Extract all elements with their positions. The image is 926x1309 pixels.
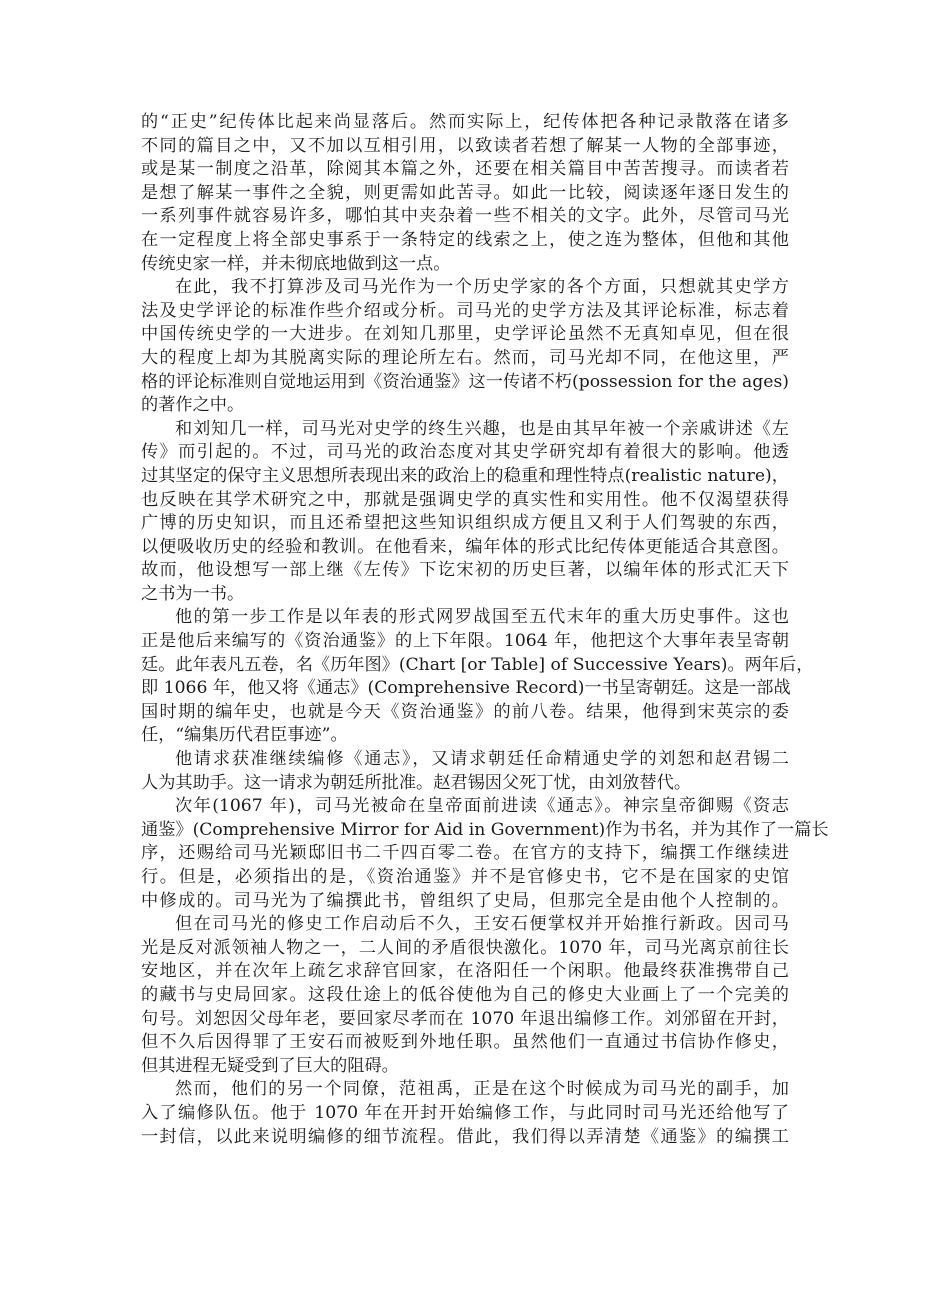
text-line: 但在司马光的修史工作启动后不久，王安石便掌权并开始推行新政。因司马: [141, 913, 789, 937]
text-line: 和刘知几一样，司马光对史学的终生兴趣，也是由其早年被一个亲戚讲述《左: [141, 418, 789, 442]
text-line: 一系列事件就容易许多，哪怕其中夹杂着一些不相关的文字。此外，尽管司马光: [141, 205, 789, 229]
text-line: 然而，他们的另一个同僚，范祖禹，正是在这个时候成为司马光的副手，加: [141, 1078, 789, 1102]
text-line: 一封信，以此来说明编修的细节流程。借此，我们得以弄清楚《通鉴》的编撰工: [141, 1126, 789, 1150]
text-line: 的著作之中。: [141, 394, 789, 418]
text-line: 的藏书与史局回家。这段仕途上的低谷使他为自己的修史大业画上了一个完美的: [141, 984, 789, 1008]
text-line: 法及史学评论的标准作些介绍或分析。司马光的史学方法及其评论标准，标志着: [141, 300, 789, 324]
text-line: 故而，他设想写一部上继《左传》下讫宋初的历史巨著，以编年体的形式汇天下: [141, 559, 789, 583]
paragraph-4: 他的第一步工作是以年表的形式网罗战国至五代末年的重大历史事件。这也 正是他后来编…: [141, 606, 789, 748]
text-line: 的“正史”纪传体比起来尚显落后。然而实际上，纪传体把各种记录散落在诸多: [141, 111, 789, 135]
text-line: 光是反对派领袖人物之一，二人间的矛盾很快激化。1070 年，司马光离京前往长: [141, 937, 789, 961]
paragraph-6: 次年(1067 年)，司马光被命在皇帝面前进读《通志》。神宗皇帝御赐《资志 通鉴…: [141, 795, 789, 913]
text-line: 但不久后因得罪了王安石而被贬到外地任职。虽然他们一直通过书信协作修史，: [141, 1031, 789, 1055]
text-line: 任，“编集历代君臣事迹”。: [141, 724, 789, 748]
text-line: 他的第一步工作是以年表的形式网罗战国至五代末年的重大历史事件。这也: [141, 606, 789, 630]
text-line: 之书为一书。: [141, 583, 789, 607]
document-page: 的“正史”纪传体比起来尚显落后。然而实际上，纪传体把各种记录散落在诸多 不同的篇…: [141, 111, 789, 1149]
text-line: 大的程度上却为其脱离实际的理论所左右。然而，司马光却不同，在他这里，严: [141, 347, 789, 371]
text-line: 格的评论标准则自觉地运用到《资治通鉴》这一传诸不朽(possession for…: [141, 371, 789, 395]
paragraph-1: 的“正史”纪传体比起来尚显落后。然而实际上，纪传体把各种记录散落在诸多 不同的篇…: [141, 111, 789, 276]
text-line: 序，还赐给司马光颖邸旧书二千四百零二卷。在官方的支持下，编撰工作继续进: [141, 842, 789, 866]
text-line: 入了编修队伍。他于 1070 年在开封开始编修工作，与此同时司马光还给他写了: [141, 1102, 789, 1126]
paragraph-8: 然而，他们的另一个同僚，范祖禹，正是在这个时候成为司马光的副手，加 入了编修队伍…: [141, 1078, 789, 1149]
text-line: 以便吸收历史的经验和教训。在他看来，编年体的形式比纪传体更能适合其意图。: [141, 536, 789, 560]
text-line: 不同的篇目之中，又不加以互相引用，以致读者若想了解某一人物的全部事迹，: [141, 135, 789, 159]
paragraph-3: 和刘知几一样，司马光对史学的终生兴趣，也是由其早年被一个亲戚讲述《左 传》而引起…: [141, 418, 789, 607]
text-line: 但其进程无疑受到了巨大的阻碍。: [141, 1055, 789, 1079]
paragraph-7: 但在司马光的修史工作启动后不久，王安石便掌权并开始推行新政。因司马 光是反对派领…: [141, 913, 789, 1078]
text-line: 或是某一制度之沿革，除阅其本篇之外，还要在相关篇目中苦苦搜寻。而读者若: [141, 158, 789, 182]
text-line: 行。但是，必须指出的是，《资治通鉴》并不是官修史书，它不是在国家的史馆: [141, 866, 789, 890]
text-line: 廷。此年表凡五卷，名《历年图》(Chart [or Table] of Succ…: [141, 654, 789, 678]
text-line: 传》而引起的。不过，司马光的政治态度对其史学研究却有着很大的影响。他透: [141, 441, 789, 465]
paragraph-5: 他请求获准继续编修《通志》，又请求朝廷任命精通史学的刘恕和赵君锡二 人为其助手。…: [141, 748, 789, 795]
text-line: 在一定程度上将全部史事系于一条特定的线索之上，使之连为整体，但他和其他: [141, 229, 789, 253]
text-line: 通鉴》(Comprehensive Mirror for Aid in Gove…: [141, 819, 789, 843]
text-line: 传统史家一样，并未彻底地做到这一点。: [141, 253, 789, 277]
text-line: 国时期的编年史，也就是今天《资治通鉴》的前八卷。结果，他得到宋英宗的委: [141, 701, 789, 725]
text-line: 是想了解某一事件之全貌，则更需如此苦寻。如此一比较，阅读逐年逐日发生的: [141, 182, 789, 206]
text-line: 过其坚定的保守主义思想所表现出来的政治上的稳重和理性特点(realistic n…: [141, 465, 789, 489]
text-line: 人为其助手。这一请求为朝廷所批准。赵君锡因父死丁忧，由刘攽替代。: [141, 772, 789, 796]
text-line: 也反映在其学术研究之中，那就是强调史学的真实性和实用性。他不仅渴望获得: [141, 489, 789, 513]
text-line: 在此，我不打算涉及司马光作为一个历史学家的各个方面，只想就其史学方: [141, 276, 789, 300]
text-line: 中国传统史学的一大进步。在刘知几那里，史学评论虽然不无真知卓见，但在很: [141, 323, 789, 347]
text-line: 次年(1067 年)，司马光被命在皇帝面前进读《通志》。神宗皇帝御赐《资志: [141, 795, 789, 819]
text-line: 中修成的。司马光为了编撰此书，曾组织了史局，但那完全是由他个人控制的。: [141, 890, 789, 914]
text-line: 广博的历史知识，而且还希望把这些知识组织成方便且又利于人们驾驶的东西，: [141, 512, 789, 536]
text-line: 正是他后来编写的《资治通鉴》的上下年限。1064 年，他把这个大事年表呈寄朝: [141, 630, 789, 654]
paragraph-2: 在此，我不打算涉及司马光作为一个历史学家的各个方面，只想就其史学方 法及史学评论…: [141, 276, 789, 418]
text-line: 即 1066 年，他又将《通志》(Comprehensive Record)一书…: [141, 677, 789, 701]
text-line: 句号。刘恕因父母年老，要回家尽孝而在 1070 年退出编修工作。刘邠留在开封，: [141, 1008, 789, 1032]
text-line: 他请求获准继续编修《通志》，又请求朝廷任命精通史学的刘恕和赵君锡二: [141, 748, 789, 772]
text-line: 安地区，并在次年上疏乞求辞官回家，在洛阳任一个闲职。他最终获准携带自己: [141, 960, 789, 984]
